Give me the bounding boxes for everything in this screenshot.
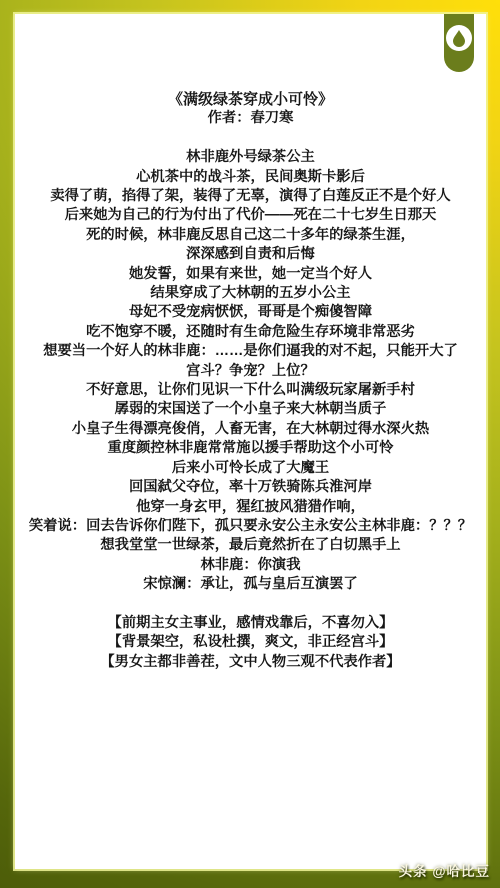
synopsis-text-block: 《满级绿茶穿成小可怜》 作者：春刀寒 林非鹿外号绿茶公主 心机茶中的战斗茶，民间…: [15, 90, 486, 672]
photo-frame: 《满级绿茶穿成小可怜》 作者：春刀寒 林非鹿外号绿茶公主 心机茶中的战斗茶，民间…: [0, 0, 500, 888]
book-intro-card: 《满级绿茶穿成小可怜》 作者：春刀寒 林非鹿外号绿茶公主 心机茶中的战斗茶，民间…: [15, 14, 486, 869]
tag-lines: 【前期主女主事业，感情戏靠后，不喜勿入】 【背景架空，私设杜撰，爽文，非正经宫斗…: [15, 614, 486, 672]
synopsis-line: 孱弱的宋国送了一个小皇子来大林朝当质子: [15, 400, 486, 419]
watermark: 头条 @哈比豆: [399, 860, 490, 880]
tag-line: 【男女主都非善茬，文中人物三观不代表作者】: [15, 653, 486, 672]
tag-line: 【前期主女主事业，感情戏靠后，不喜勿入】: [15, 614, 486, 633]
synopsis-line: 想我堂堂一世绿茶，最后竟然折在了白切黑手上: [15, 536, 486, 555]
synopsis-line: 林非鹿：你演我: [15, 556, 486, 575]
synopsis-line: 回国弑父夺位，率十万铁骑陈兵淮河岸: [15, 478, 486, 497]
synopsis-line: 心机茶中的战斗茶，民间奥斯卡影后: [15, 168, 486, 187]
water-drop-icon: [446, 25, 472, 51]
synopsis-line: 小皇子生得漂亮俊俏，人畜无害，在大林朝过得水深火热: [15, 420, 486, 439]
synopsis-lines: 林非鹿外号绿茶公主 心机茶中的战斗茶，民间奥斯卡影后 卖得了萌，掐得了架，装得了…: [15, 148, 486, 594]
synopsis-line: 死的时候，林非鹿反思自己这二十多年的绿茶生涯，: [15, 226, 486, 245]
synopsis-line: 笑着说：回去告诉你们陛下，孤只要永安公主永安公主林非鹿：？？？: [15, 517, 486, 536]
synopsis-line: 后来小可怜长成了大魔王: [15, 459, 486, 478]
synopsis-line: 卖得了萌，掐得了架，装得了无辜，演得了白莲反正不是个好人: [15, 187, 486, 206]
book-title: 《满级绿茶穿成小可怜》: [15, 90, 486, 109]
spacer: [15, 129, 486, 148]
synopsis-line: 宋惊澜：承让，孤与皇后互演罢了: [15, 575, 486, 594]
tag-line: 【背景架空，私设杜撰，爽文，非正经宫斗】: [15, 633, 486, 652]
spacer: [15, 595, 486, 614]
synopsis-line: 结果穿成了大林朝的五岁小公主: [15, 284, 486, 303]
synopsis-line: 不好意思，让你们见识一下什么叫满级玩家屠新手村: [15, 381, 486, 400]
synopsis-line: 她发誓，如果有来世，她一定当个好人: [15, 265, 486, 284]
synopsis-line: 重度颜控林非鹿常常施以援手帮助这个小可怜: [15, 439, 486, 458]
synopsis-line: 吃不饱穿不暖，还随时有生命危险生存环境非常恶劣: [15, 323, 486, 342]
synopsis-line: 想要当一个好人的林非鹿：……是你们逼我的对不起，只能开大了: [15, 342, 486, 361]
synopsis-line: 深深感到自责和后悔: [15, 245, 486, 264]
author-line: 作者：春刀寒: [15, 109, 486, 128]
synopsis-line: 后来她为自己的行为付出了代价——死在二十七岁生日那天: [15, 206, 486, 225]
bookmark-ribbon: [444, 14, 474, 72]
synopsis-line: 母妃不受宠病恹恹，哥哥是个痴傻智障: [15, 303, 486, 322]
synopsis-line: 他穿一身玄甲，猩红披风猎猎作响，: [15, 498, 486, 517]
synopsis-line: 林非鹿外号绿茶公主: [15, 148, 486, 167]
synopsis-line: 宫斗？争宠？上位？: [15, 362, 486, 381]
